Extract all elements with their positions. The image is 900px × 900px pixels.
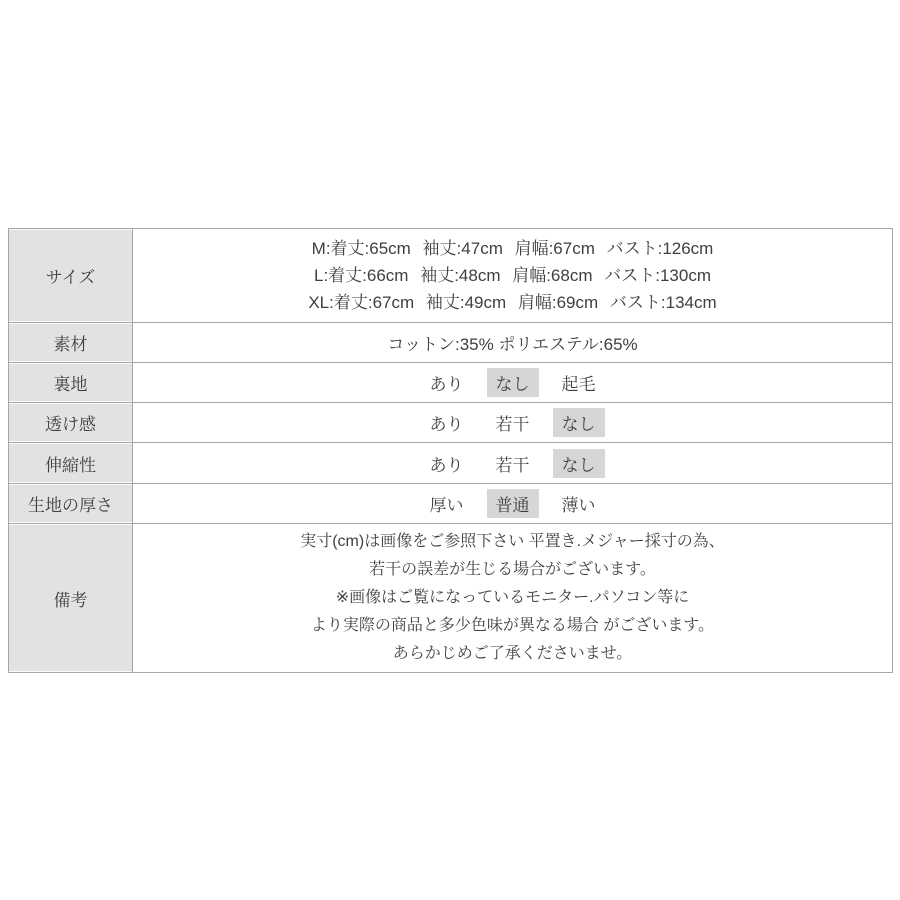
- note-line-2: 若干の誤差が生じる場合がございます。: [369, 556, 656, 584]
- size-line-xl: XL:着丈:67cm 袖丈:49cm 肩幅:69cm バスト:134cm: [308, 289, 716, 316]
- sheerness-values: あり 若干 なし: [133, 403, 892, 442]
- notes-values: 実寸(cm)は画像をご参照下さい 平置き.メジャー採寸の為、 若干の誤差が生じる…: [133, 524, 892, 672]
- lining-option-nashi: なし: [487, 368, 539, 397]
- lining-options: あり なし 起毛: [414, 368, 612, 397]
- spec-row-notes: 備考 実寸(cm)は画像をご参照下さい 平置き.メジャー採寸の為、 若干の誤差が…: [9, 524, 892, 672]
- spec-row-sheerness: 透け感 あり 若干 なし: [9, 403, 892, 443]
- thickness-option-atsui: 厚い: [421, 489, 473, 518]
- stretch-option-jakkan: 若干: [487, 449, 539, 478]
- spec-row-lining: 裏地 あり なし 起毛: [9, 363, 892, 403]
- row-label-stretch: 伸縮性: [9, 443, 133, 483]
- row-label-lining: 裏地: [9, 363, 133, 402]
- note-line-4: より実際の商品と多少色味が異なる場合 がございます。: [311, 612, 714, 640]
- size-values: M:着丈:65cm 袖丈:47cm 肩幅:67cm バスト:126cm L:着丈…: [133, 229, 892, 322]
- note-line-3: ※画像はご覧になっているモニター.パソコン等に: [336, 584, 690, 612]
- stretch-option-ari: あり: [421, 449, 473, 478]
- note-line-5: あらかじめご了承くださいませ。: [393, 640, 633, 668]
- spec-row-size: サイズ M:着丈:65cm 袖丈:47cm 肩幅:67cm バスト:126cm …: [9, 229, 892, 323]
- stretch-option-nashi: なし: [553, 449, 605, 478]
- size-line-l: L:着丈:66cm 袖丈:48cm 肩幅:68cm バスト:130cm: [314, 262, 711, 289]
- product-spec-table: サイズ M:着丈:65cm 袖丈:47cm 肩幅:67cm バスト:126cm …: [8, 228, 893, 673]
- row-label-notes: 備考: [9, 524, 133, 672]
- thickness-option-usui: 薄い: [553, 489, 605, 518]
- sheerness-option-ari: あり: [421, 408, 473, 437]
- lining-option-kimo: 起毛: [553, 368, 605, 397]
- thickness-values: 厚い 普通 薄い: [133, 484, 892, 523]
- material-value: コットン:35% ポリエステル:65%: [133, 323, 892, 362]
- row-label-sheerness: 透け感: [9, 403, 133, 442]
- row-label-size: サイズ: [9, 229, 133, 322]
- thickness-options: 厚い 普通 薄い: [414, 489, 612, 518]
- note-line-1: 実寸(cm)は画像をご参照下さい 平置き.メジャー採寸の為、: [300, 528, 725, 556]
- row-label-thickness: 生地の厚さ: [9, 484, 133, 523]
- spec-row-thickness: 生地の厚さ 厚い 普通 薄い: [9, 484, 892, 524]
- size-line-m: M:着丈:65cm 袖丈:47cm 肩幅:67cm バスト:126cm: [312, 235, 714, 262]
- stretch-options: あり 若干 なし: [414, 449, 612, 478]
- lining-values: あり なし 起毛: [133, 363, 892, 402]
- spec-row-material: 素材 コットン:35% ポリエステル:65%: [9, 323, 892, 363]
- stretch-values: あり 若干 なし: [133, 443, 892, 483]
- row-label-material: 素材: [9, 323, 133, 362]
- sheerness-option-jakkan: 若干: [487, 408, 539, 437]
- thickness-option-futsuu: 普通: [487, 489, 539, 518]
- lining-option-ari: あり: [421, 368, 473, 397]
- sheerness-options: あり 若干 なし: [414, 408, 612, 437]
- spec-row-stretch: 伸縮性 あり 若干 なし: [9, 443, 892, 484]
- sheerness-option-nashi: なし: [553, 408, 605, 437]
